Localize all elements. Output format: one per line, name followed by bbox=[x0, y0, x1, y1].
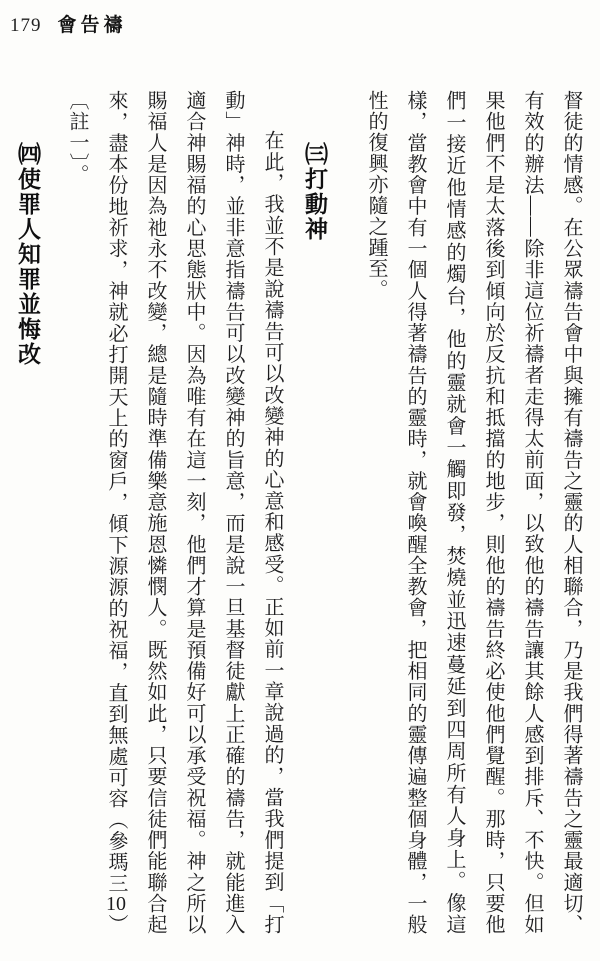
section-heading-three: ㈢打動神 bbox=[295, 90, 334, 935]
paragraph-continuation: 督徒的情感。在公眾禱告會中與擁有禱告之靈的人相聯合，乃是我們得著禱告之靈最適切、… bbox=[356, 90, 590, 935]
paragraph: 在此，我並不是說禱告可以改變神的心意和感受。正如前一章說過的，當我們提到「打動」… bbox=[57, 90, 291, 935]
inline-verse-number: 10 bbox=[105, 894, 127, 914]
page-header: 179 會告禱 bbox=[10, 10, 127, 37]
body-text: 督徒的情感。在公眾禱告會中與擁有禱告之靈的人相聯合，乃是我們得著禱告之靈最適切、… bbox=[8, 90, 590, 935]
page-number: 179 bbox=[10, 15, 42, 37]
running-title: 會告禱 bbox=[58, 10, 127, 37]
paragraph-text: 在此，我並不是說禱告可以改變神的心意和感受。正如前一章說過的，當我們提到「打動」… bbox=[105, 90, 283, 935]
book-page: 179 會告禱 督徒的情感。在公眾禱告會中與擁有禱告之靈的人相聯合，乃是我們得著… bbox=[0, 0, 600, 961]
section-heading-four: ㈣使罪人知罪並悔改 bbox=[8, 90, 47, 935]
